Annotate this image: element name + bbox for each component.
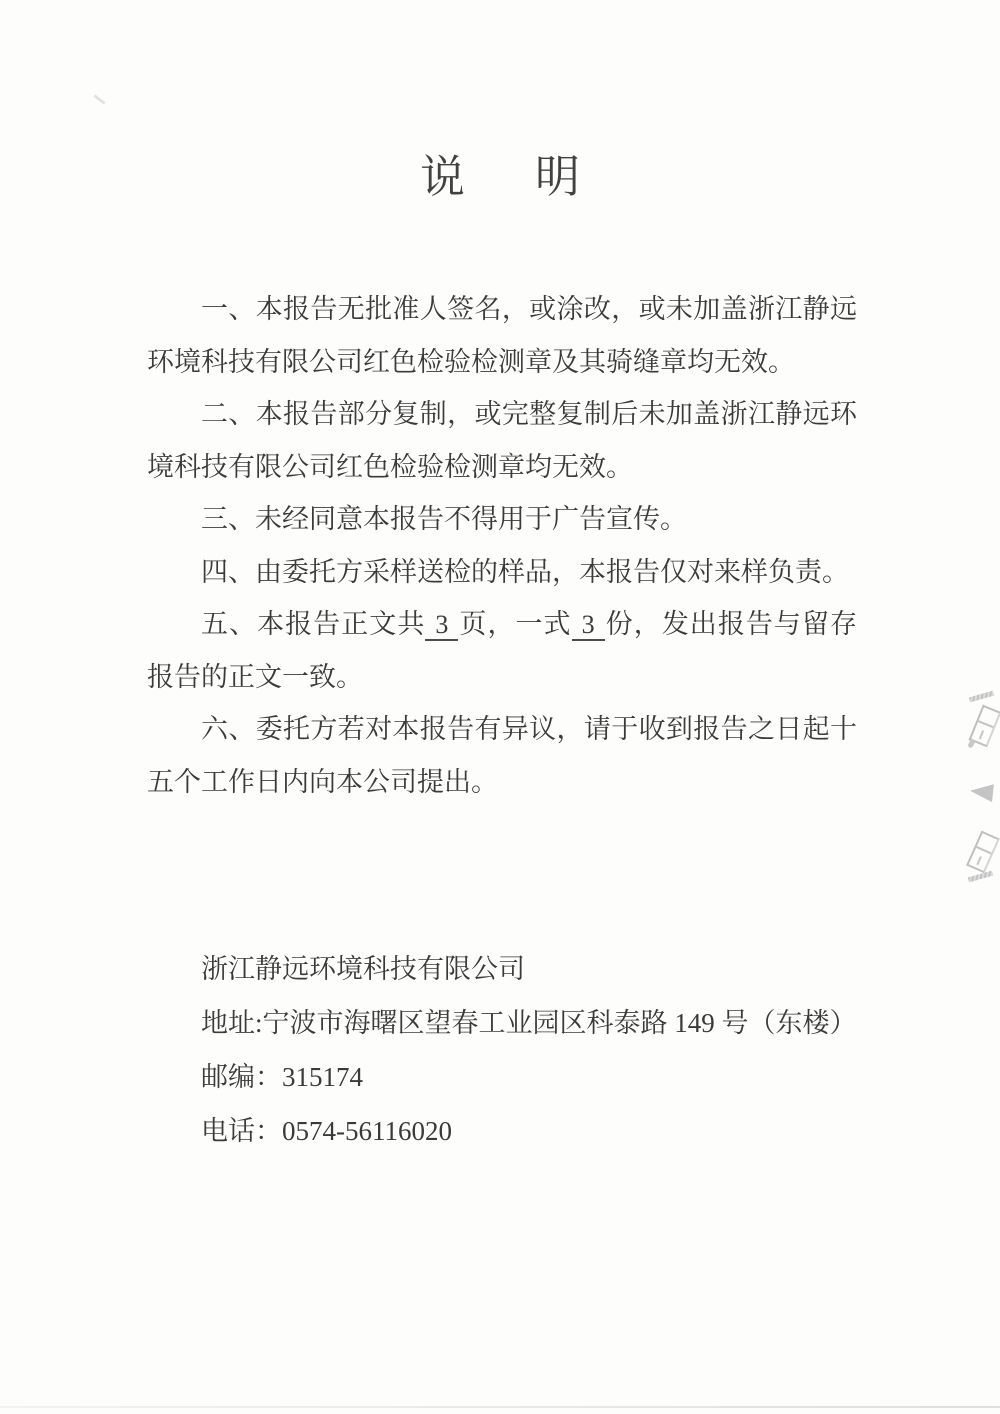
scan-artifact-triangle <box>969 782 994 802</box>
company-address-line: 地址:宁波市海曙区望春工业园区科泰路 149 号（东楼） <box>201 996 857 1050</box>
phone-value: 0574-56116020 <box>282 1116 452 1146</box>
page-title: 说明 <box>0 140 1000 205</box>
scan-page-bottom-edge <box>0 1406 1000 1408</box>
page-count-value: 3 <box>425 611 458 641</box>
company-name: 浙江静远环境科技有限公司 <box>201 942 857 996</box>
address-value: 宁波市海曙区望春工业园区科泰路 149 号（东楼） <box>263 1008 857 1038</box>
scanned-document-page: 说明 一、本报告无批准人签名，或涂改，或未加盖浙江静远环境科技有限公司红色检验检… <box>0 0 1000 1414</box>
company-info-block: 浙江静远环境科技有限公司 地址:宁波市海曙区望春工业园区科泰路 149 号（东楼… <box>201 942 857 1158</box>
scan-artifact-slash <box>93 94 105 104</box>
note-item-5-mid: 页，一式 <box>458 609 571 639</box>
scan-artifact-glyph-fragment-top <box>969 705 1000 748</box>
note-item-6: 六、委托方若对本报告有异议，请于收到报告之日起十五个工作日内向本公司提出。 <box>147 703 857 808</box>
phone-label: 电话： <box>201 1116 282 1146</box>
note-item-5-prefix: 五、本报告正文共 <box>201 609 425 639</box>
note-item-1: 一、本报告无批准人签名，或涂改，或未加盖浙江静远环境科技有限公司红色检验检测章及… <box>147 283 857 388</box>
company-phone-line: 电话：0574-56116020 <box>201 1104 857 1158</box>
address-label: 地址: <box>201 1008 263 1038</box>
scan-artifact-bar-top <box>969 691 994 703</box>
company-postcode-line: 邮编：315174 <box>201 1050 857 1104</box>
postcode-value: 315174 <box>282 1062 363 1092</box>
copy-count-value: 3 <box>572 611 605 641</box>
note-item-2: 二、本报告部分复制，或完整复制后未加盖浙江静远环境科技有限公司红色检验检测章均无… <box>147 388 857 493</box>
note-item-3: 三、未经同意本报告不得用于广告宣传。 <box>147 493 857 546</box>
postcode-label: 邮编： <box>201 1062 282 1092</box>
scan-artifact-comma <box>967 738 976 748</box>
note-item-4: 四、由委托方采样送检的样品，本报告仅对来样负责。 <box>147 546 857 599</box>
scan-artifact-glyph-fragment-bottom <box>966 831 1000 874</box>
notes-body: 一、本报告无批准人签名，或涂改，或未加盖浙江静远环境科技有限公司红色检验检测章及… <box>147 283 857 808</box>
note-item-5: 五、本报告正文共3页，一式3份，发出报告与留存报告的正文一致。 <box>147 598 857 703</box>
scan-artifact-bar-bottom <box>968 871 993 883</box>
